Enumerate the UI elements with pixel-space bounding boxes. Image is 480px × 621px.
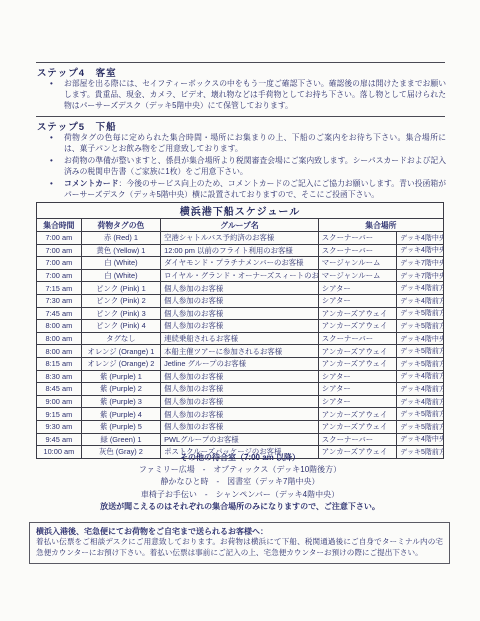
cell-time: 9:45 am: [37, 433, 82, 446]
cell-tag: ピンク (Pink) 2: [81, 294, 160, 307]
announcement-note: 放送が聞こえるのはそれぞれの集合場所のみになりますので、ご注意下さい。: [0, 501, 480, 513]
cell-deck: デッキ4階前方: [397, 294, 444, 307]
cell-deck: デッキ5階前方: [397, 320, 444, 333]
waiting-line: ファミリー広場 - オプティックス（デッキ10階後方）: [0, 464, 480, 476]
cell-group: 空港シャトルバス予約済のお客様: [161, 232, 319, 245]
cell-time: 7:30 am: [37, 294, 82, 307]
cell-tag: 紫 (Purple) 2: [81, 383, 160, 396]
cell-group: 個人参加のお客様: [161, 294, 319, 307]
table-row: 7:30 amピンク (Pink) 2個人参加のお客様シアターデッキ4階前方: [37, 294, 444, 307]
cell-group: 本船主催ツアーに参加されるお客様: [161, 345, 319, 358]
cell-time: 8:15 am: [37, 357, 82, 370]
takkyubin-notice-box: 横浜入港後、宅急便にてお荷物をご自宅まで送られるお客様へ： 着払い伝票をご相談デ…: [29, 522, 450, 564]
cell-group: 個人参加のお客様: [161, 320, 319, 333]
section-divider: [36, 62, 445, 63]
cell-group: ダイヤモンド・プラチナメンバーのお客様: [161, 257, 319, 270]
cell-time: 8:00 am: [37, 332, 82, 345]
cell-place: アンカーズアウェイ: [318, 357, 396, 370]
schedule-table-body: 7:00 am赤 (Red) 1空港シャトルバス予約済のお客様スクーナーバーデッ…: [37, 232, 444, 459]
table-row: 7:15 amピンク (Pink) 1個人参加のお客様シアターデッキ4階前方: [37, 282, 444, 295]
cell-tag: ピンク (Pink) 4: [81, 320, 160, 333]
table-row: 9:00 am紫 (Purple) 3個人参加のお客様シアターデッキ4階前方: [37, 395, 444, 408]
step5-bullet-list: • 荷物タグの色毎に定められた集合時間・場所にお集まりの上、下船のご案内をお待ち…: [50, 132, 446, 201]
step5-heading: ステップ5 下船: [37, 119, 117, 133]
table-row: 7:00 am白 (White)ロイヤル・グランド・オーナーズスィートのお客様マ…: [37, 269, 444, 282]
step4-bullet-text: お部屋を出る際には、セイフティーボックスの中をもう一度ご確認下さい。確認後の扉は…: [64, 78, 446, 111]
list-item: • コメントカード：今後のサービス向上のため、コメントカードのご記入にご協力お願…: [50, 178, 446, 200]
table-row: 9:45 am緑 (Green) 1PWLグループのお客様スクーナーバーデッキ4…: [37, 433, 444, 446]
cell-tag: オレンジ (Orange) 1: [81, 345, 160, 358]
cell-place: アンカーズアウェイ: [318, 345, 396, 358]
cell-time: 9:00 am: [37, 395, 82, 408]
cell-group: 個人参加のお客様: [161, 307, 319, 320]
table-row: 8:00 amピンク (Pink) 4個人参加のお客様アンカーズアウェイデッキ5…: [37, 320, 444, 333]
cell-deck: デッキ4階前方: [397, 282, 444, 295]
cell-group: 個人参加のお客様: [161, 282, 319, 295]
cell-tag: 白 (White): [81, 269, 160, 282]
cell-tag: 紫 (Purple) 4: [81, 408, 160, 421]
table-row: 8:00 amオレンジ (Orange) 1本船主催ツアーに参加されるお客様アン…: [37, 345, 444, 358]
cell-place: スクーナーバー: [318, 433, 396, 446]
step5-bullet-text: お荷物の準備が整いますと、係員が集合場所より税関審査会場にご案内致します。シーパ…: [64, 155, 446, 177]
other-waiting-rooms-section: その他の待合室（7:00 am 以降） ファミリー広場 - オプティックス（デッ…: [0, 452, 480, 513]
table-row: 9:30 am紫 (Purple) 5個人参加のお客様アンカーズアウェイデッキ5…: [37, 420, 444, 433]
cell-place: マージャンルーム: [318, 269, 396, 282]
cell-time: 8:00 am: [37, 345, 82, 358]
cell-time: 8:45 am: [37, 383, 82, 396]
cell-deck: デッキ5階前方: [397, 357, 444, 370]
disembark-schedule-table: 横浜港下船スケジュール 集合時間 荷物タグの色 グループ名 集合場所 7:00 …: [36, 202, 444, 459]
cell-group: 連続乗船されるお客様: [161, 332, 319, 345]
cell-tag: 黄色 (Yellow) 1: [81, 244, 160, 257]
cell-time: 7:00 am: [37, 257, 82, 270]
cell-deck: デッキ5階前方: [397, 408, 444, 421]
list-item: • お荷物の準備が整いますと、係員が集合場所より税関審査会場にご案内致します。シ…: [50, 155, 446, 177]
cell-deck: デッキ4階中央: [397, 433, 444, 446]
cell-group: ロイヤル・グランド・オーナーズスィートのお客様: [161, 269, 319, 282]
cell-group: 個人参加のお客様: [161, 408, 319, 421]
bullet-marker-icon: •: [50, 132, 64, 154]
table-title: 横浜港下船スケジュール: [37, 203, 444, 219]
cell-tag: ピンク (Pink) 1: [81, 282, 160, 295]
cell-deck: デッキ4階前方: [397, 383, 444, 396]
bullet-marker-icon: •: [50, 155, 64, 177]
cell-place: マージャンルーム: [318, 257, 396, 270]
cell-group: 個人参加のお客様: [161, 383, 319, 396]
cell-tag: ピンク (Pink) 3: [81, 307, 160, 320]
step4-bullet-list: • お部屋を出る際には、セイフティーボックスの中をもう一度ご確認下さい。確認後の…: [50, 78, 446, 112]
col-header-group: グループ名: [161, 219, 319, 232]
cell-tag: 赤 (Red) 1: [81, 232, 160, 245]
cell-place: スクーナーバー: [318, 244, 396, 257]
col-header-tag: 荷物タグの色: [81, 219, 160, 232]
section-divider: [36, 116, 445, 117]
cell-deck: デッキ4階中央: [397, 232, 444, 245]
table-row: 7:00 am黄色 (Yellow) 112:00 pm 以前のフライト利用のお…: [37, 244, 444, 257]
table-title-row: 横浜港下船スケジュール: [37, 203, 444, 219]
table-row: 8:15 amオレンジ (Orange) 2Jetline グループのお客様アン…: [37, 357, 444, 370]
waiting-line: 静かなひと時 - 図書室（デッキ7階中央）: [0, 476, 480, 488]
cell-place: アンカーズアウェイ: [318, 420, 396, 433]
table-row: 8:00 amタグなし連続乗船されるお客様スクーナーバーデッキ4階中央: [37, 332, 444, 345]
cell-tag: 白 (White): [81, 257, 160, 270]
cell-place: シアター: [318, 370, 396, 383]
comment-card-lead: コメントカード: [64, 179, 119, 188]
cell-deck: デッキ5階前方: [397, 420, 444, 433]
cell-time: 9:15 am: [37, 408, 82, 421]
cell-group: 個人参加のお客様: [161, 370, 319, 383]
cell-place: スクーナーバー: [318, 232, 396, 245]
cell-tag: オレンジ (Orange) 2: [81, 357, 160, 370]
cell-place: シアター: [318, 282, 396, 295]
cell-time: 7:00 am: [37, 232, 82, 245]
cell-deck: デッキ4階前方: [397, 395, 444, 408]
table-row: 8:30 am紫 (Purple) 1個人参加のお客様シアターデッキ4階前方: [37, 370, 444, 383]
cell-time: 7:00 am: [37, 269, 82, 282]
cell-place: シアター: [318, 395, 396, 408]
cell-time: 7:00 am: [37, 244, 82, 257]
cell-deck: デッキ7階中央: [397, 257, 444, 270]
table-row: 7:00 am白 (White)ダイヤモンド・プラチナメンバーのお客様マージャン…: [37, 257, 444, 270]
cell-tag: タグなし: [81, 332, 160, 345]
cell-place: シアター: [318, 383, 396, 396]
waiting-section-title: その他の待合室（7:00 am 以降）: [0, 452, 480, 464]
cell-deck: デッキ5階前方: [397, 307, 444, 320]
cell-group: 12:00 pm 以前のフライト利用のお客様: [161, 244, 319, 257]
cell-tag: 紫 (Purple) 1: [81, 370, 160, 383]
table-row: 8:45 am紫 (Purple) 2個人参加のお客様シアターデッキ4階前方: [37, 383, 444, 396]
table-row: 7:00 am赤 (Red) 1空港シャトルバス予約済のお客様スクーナーバーデッ…: [37, 232, 444, 245]
cell-place: アンカーズアウェイ: [318, 307, 396, 320]
col-header-place: 集合場所: [318, 219, 443, 232]
cell-deck: デッキ4階中央: [397, 244, 444, 257]
list-item: • お部屋を出る際には、セイフティーボックスの中をもう一度ご確認下さい。確認後の…: [50, 78, 446, 111]
cell-time: 8:00 am: [37, 320, 82, 333]
cell-tag: 紫 (Purple) 5: [81, 420, 160, 433]
cell-group: 個人参加のお客様: [161, 420, 319, 433]
cell-group: 個人参加のお客様: [161, 395, 319, 408]
cell-deck: デッキ5階前方: [397, 345, 444, 358]
table-row: 7:45 amピンク (Pink) 3個人参加のお客様アンカーズアウェイデッキ5…: [37, 307, 444, 320]
cell-tag: 緑 (Green) 1: [81, 433, 160, 446]
table-header-row: 集合時間 荷物タグの色 グループ名 集合場所: [37, 219, 444, 232]
cell-place: シアター: [318, 294, 396, 307]
waiting-line: 車椅子お手伝い - シャンペンバー（デッキ4階中央）: [0, 489, 480, 501]
step4-heading: ステップ4 客室: [37, 65, 117, 79]
bullet-marker-icon: •: [50, 78, 64, 111]
cell-place: スクーナーバー: [318, 332, 396, 345]
table-row: 9:15 am紫 (Purple) 4個人参加のお客様アンカーズアウェイデッキ5…: [37, 408, 444, 421]
list-item: • 荷物タグの色毎に定められた集合時間・場所にお集まりの上、下船のご案内をお待ち…: [50, 132, 446, 154]
cell-tag: 紫 (Purple) 3: [81, 395, 160, 408]
col-header-time: 集合時間: [37, 219, 82, 232]
step5-bullet-text: コメントカード：今後のサービス向上のため、コメントカードのご記入にご協力お願いし…: [64, 178, 446, 200]
cell-place: アンカーズアウェイ: [318, 320, 396, 333]
cell-time: 7:45 am: [37, 307, 82, 320]
cell-time: 7:15 am: [37, 282, 82, 295]
takkyubin-notice-body: 着払い伝票をご相談デスクにご用意致しております。お荷物は横浜にて下船、税関通過後…: [36, 537, 443, 559]
cell-deck: デッキ4階中央: [397, 332, 444, 345]
cell-time: 8:30 am: [37, 370, 82, 383]
takkyubin-notice-title: 横浜入港後、宅急便にてお荷物をご自宅まで送られるお客様へ：: [36, 526, 443, 537]
cell-group: PWLグループのお客様: [161, 433, 319, 446]
bullet-marker-icon: •: [50, 178, 64, 200]
cell-place: アンカーズアウェイ: [318, 408, 396, 421]
cell-deck: デッキ7階中央: [397, 269, 444, 282]
cell-group: Jetline グループのお客様: [161, 357, 319, 370]
comment-card-rest: ：今後のサービス向上のため、コメントカードのご記入にご協力お願いします。青い投函…: [64, 179, 446, 199]
cell-deck: デッキ4階前方: [397, 370, 444, 383]
step5-bullet-text: 荷物タグの色毎に定められた集合時間・場所にお集まりの上、下船のご案内をお待ち下さ…: [64, 132, 446, 154]
cell-time: 9:30 am: [37, 420, 82, 433]
scanned-document-page: ステップ4 客室 • お部屋を出る際には、セイフティーボックスの中をもう一度ご確…: [0, 0, 480, 621]
